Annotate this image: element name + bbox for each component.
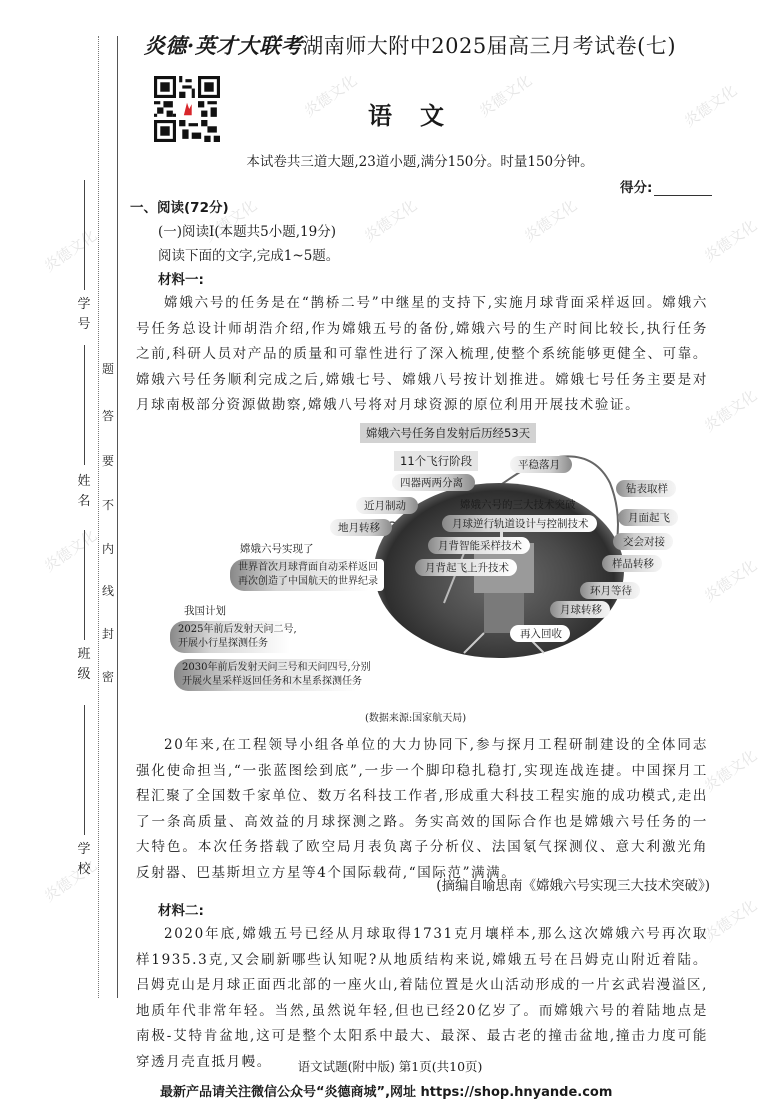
paragraph-text: 2020年底,嫦娥五号已经从月球取得1731克月壤样本,那么这次嫦娥六号再次取样… <box>136 922 708 1076</box>
page-footer: 语文试题(附中版) 第1页(共10页) <box>0 1057 780 1075</box>
watermark: 炎德文化 <box>699 895 760 947</box>
stage-four-separation: 四器两两分离 <box>392 474 475 491</box>
school-label: 学校 <box>74 840 94 880</box>
stage-rendezvous-docking: 交会对接 <box>613 533 673 550</box>
exam-title-brand: 炎德·英才大联考 <box>144 33 302 58</box>
field-label-text: 班级 <box>74 645 94 685</box>
achievement-heading: 嫦娥六号实现了 <box>240 541 314 556</box>
score-label: 得分: <box>620 180 652 196</box>
material1-label: 材料一: <box>158 270 204 290</box>
exam-info: 本试卷共三道大题,23道小题,满分150分。时量150分钟。 <box>150 150 690 170</box>
watermark: 炎德文化 <box>699 555 760 607</box>
promo-footer: 最新产品请关注微信公众号“炎德商城”,网址 https://shop.hnyan… <box>160 1081 612 1100</box>
score-field: 得分: <box>620 176 712 196</box>
field-label-text: 姓名 <box>74 472 94 512</box>
watermark: 炎德文化 <box>699 215 760 267</box>
tech-item: 月球逆行轨道设计与控制技术 <box>442 515 597 532</box>
tech-item: 月背起飞上升技术 <box>415 559 517 576</box>
plan-line: 2030年前后发射天问三号和天问四号,分别 <box>182 661 371 675</box>
material2-label: 材料二: <box>158 901 204 921</box>
watermark: 炎德文化 <box>519 195 580 247</box>
class-label: 班级 <box>74 645 94 685</box>
seal-char: 答 <box>101 407 115 424</box>
paragraph-text: 20年来,在工程领导小组各单位的大力协同下,参与探月工程研制建设的全体同志强化使… <box>136 733 708 887</box>
seal-char: 线 <box>101 582 115 599</box>
qr-code-icon[interactable] <box>154 76 220 142</box>
binding-dotted-line <box>98 36 99 998</box>
paragraph-text: 嫦娥六号的任务是在“鹊桥二号”中继星的支持下,实施月球背面采样返回。嫦娥六号任务… <box>136 291 708 419</box>
binding-solid-line <box>117 36 118 998</box>
material1-paragraph1: 嫦娥六号的任务是在“鹊桥二号”中继星的支持下,实施月球背面采样返回。嫦娥六号任务… <box>136 291 708 419</box>
plan-line: 开展火星采样返回任务和木星系探测任务 <box>182 675 371 689</box>
field-line <box>84 180 85 290</box>
seal-char: 不 <box>101 496 115 513</box>
stage-lunar-orbit-wait: 环月等待 <box>580 582 640 599</box>
infographic: 嫦娥六号任务自发射后历经53天 11个飞行阶段 地月转移 近月制动 四器两两分离… <box>170 423 690 723</box>
watermark: 炎德文化 <box>699 385 760 437</box>
achievement-line: 再次创造了中国航天的世界纪录 <box>238 575 378 589</box>
plan-line: 开展小行星探测任务 <box>178 637 297 651</box>
exam-title-text: 湖南师大附中2025届高三月考试卷(七) <box>302 34 676 58</box>
stage-lunar-takeoff: 月面起飞 <box>618 509 678 526</box>
stage-sample-transfer: 样品转移 <box>602 555 662 572</box>
watermark: 炎德文化 <box>39 225 100 277</box>
plan-box-1: 2025年前后发射天问二号, 开展小行星探测任务 <box>170 621 303 653</box>
watermark: 炎德文化 <box>39 525 100 577</box>
plan-box-2: 2030年前后发射天问三号和天问四号,分别 开展火星采样返回任务和木星系探测任务 <box>174 659 377 691</box>
sub-heading: (一)阅读Ⅰ(本题共5小题,19分) <box>158 222 336 242</box>
field-label-text: 学号 <box>74 295 94 335</box>
stage-reentry-recovery: 再入回收 <box>510 625 570 642</box>
stage-moon-earth-transfer: 月球转移 <box>550 601 610 618</box>
achievement-box: 世界首次月球背面自动采样返回 再次创造了中国航天的世界纪录 <box>230 559 384 591</box>
instruction: 阅读下面的文字,完成1~5题。 <box>158 246 339 266</box>
data-source: (数据来源:国家航天局) <box>365 709 466 724</box>
score-blank[interactable] <box>654 181 712 196</box>
material1-citation: (摘编自喻思南《嫦娥六号实现三大技术突破》) <box>436 876 710 896</box>
seal-char: 密 <box>101 668 115 685</box>
field-label-text: 学校 <box>74 840 94 880</box>
student-id-label: 学号 <box>74 295 94 335</box>
seal-char: 内 <box>101 540 115 557</box>
seal-char: 封 <box>101 625 115 642</box>
tech-heading: 嫦娥六号的三大技术突破 <box>460 497 576 512</box>
material1-paragraph2: 20年来,在工程领导小组各单位的大力协同下,参与探月工程研制建设的全体同志强化使… <box>136 733 708 887</box>
stage-drill-sampling: 钻表取样 <box>616 480 676 497</box>
watermark: 炎德文化 <box>699 745 760 797</box>
field-line <box>84 705 85 835</box>
infographic-title: 嫦娥六号任务自发射后历经53天 <box>360 423 536 443</box>
watermark: 炎德文化 <box>359 195 420 247</box>
infographic-subtitle: 11个飞行阶段 <box>394 451 478 471</box>
exam-title: 炎德·英才大联考湖南师大附中2025届高三月考试卷(七) <box>140 30 680 60</box>
field-line <box>84 530 85 640</box>
material2-paragraph1: 2020年底,嫦娥五号已经从月球取得1731克月壤样本,那么这次嫦娥六号再次取样… <box>136 922 708 1076</box>
stage-lunar-braking: 近月制动 <box>356 497 418 514</box>
plan-line: 2025年前后发射天问二号, <box>178 623 297 637</box>
stage-earth-moon-transfer: 地月转移 <box>330 519 392 536</box>
section-heading: 一、阅读(72分) <box>130 198 229 218</box>
seal-char: 要 <box>101 452 115 469</box>
field-line <box>84 345 85 465</box>
tech-item: 月背智能采样技术 <box>428 537 530 554</box>
subject-title: 语文 <box>320 96 520 131</box>
name-label: 姓名 <box>74 472 94 512</box>
stage-soft-landing: 平稳落月 <box>510 456 572 473</box>
seal-char: 题 <box>101 360 115 377</box>
watermark: 炎德文化 <box>679 80 740 132</box>
achievement-line: 世界首次月球背面自动采样返回 <box>238 561 378 575</box>
plan-heading: 我国计划 <box>184 603 226 618</box>
